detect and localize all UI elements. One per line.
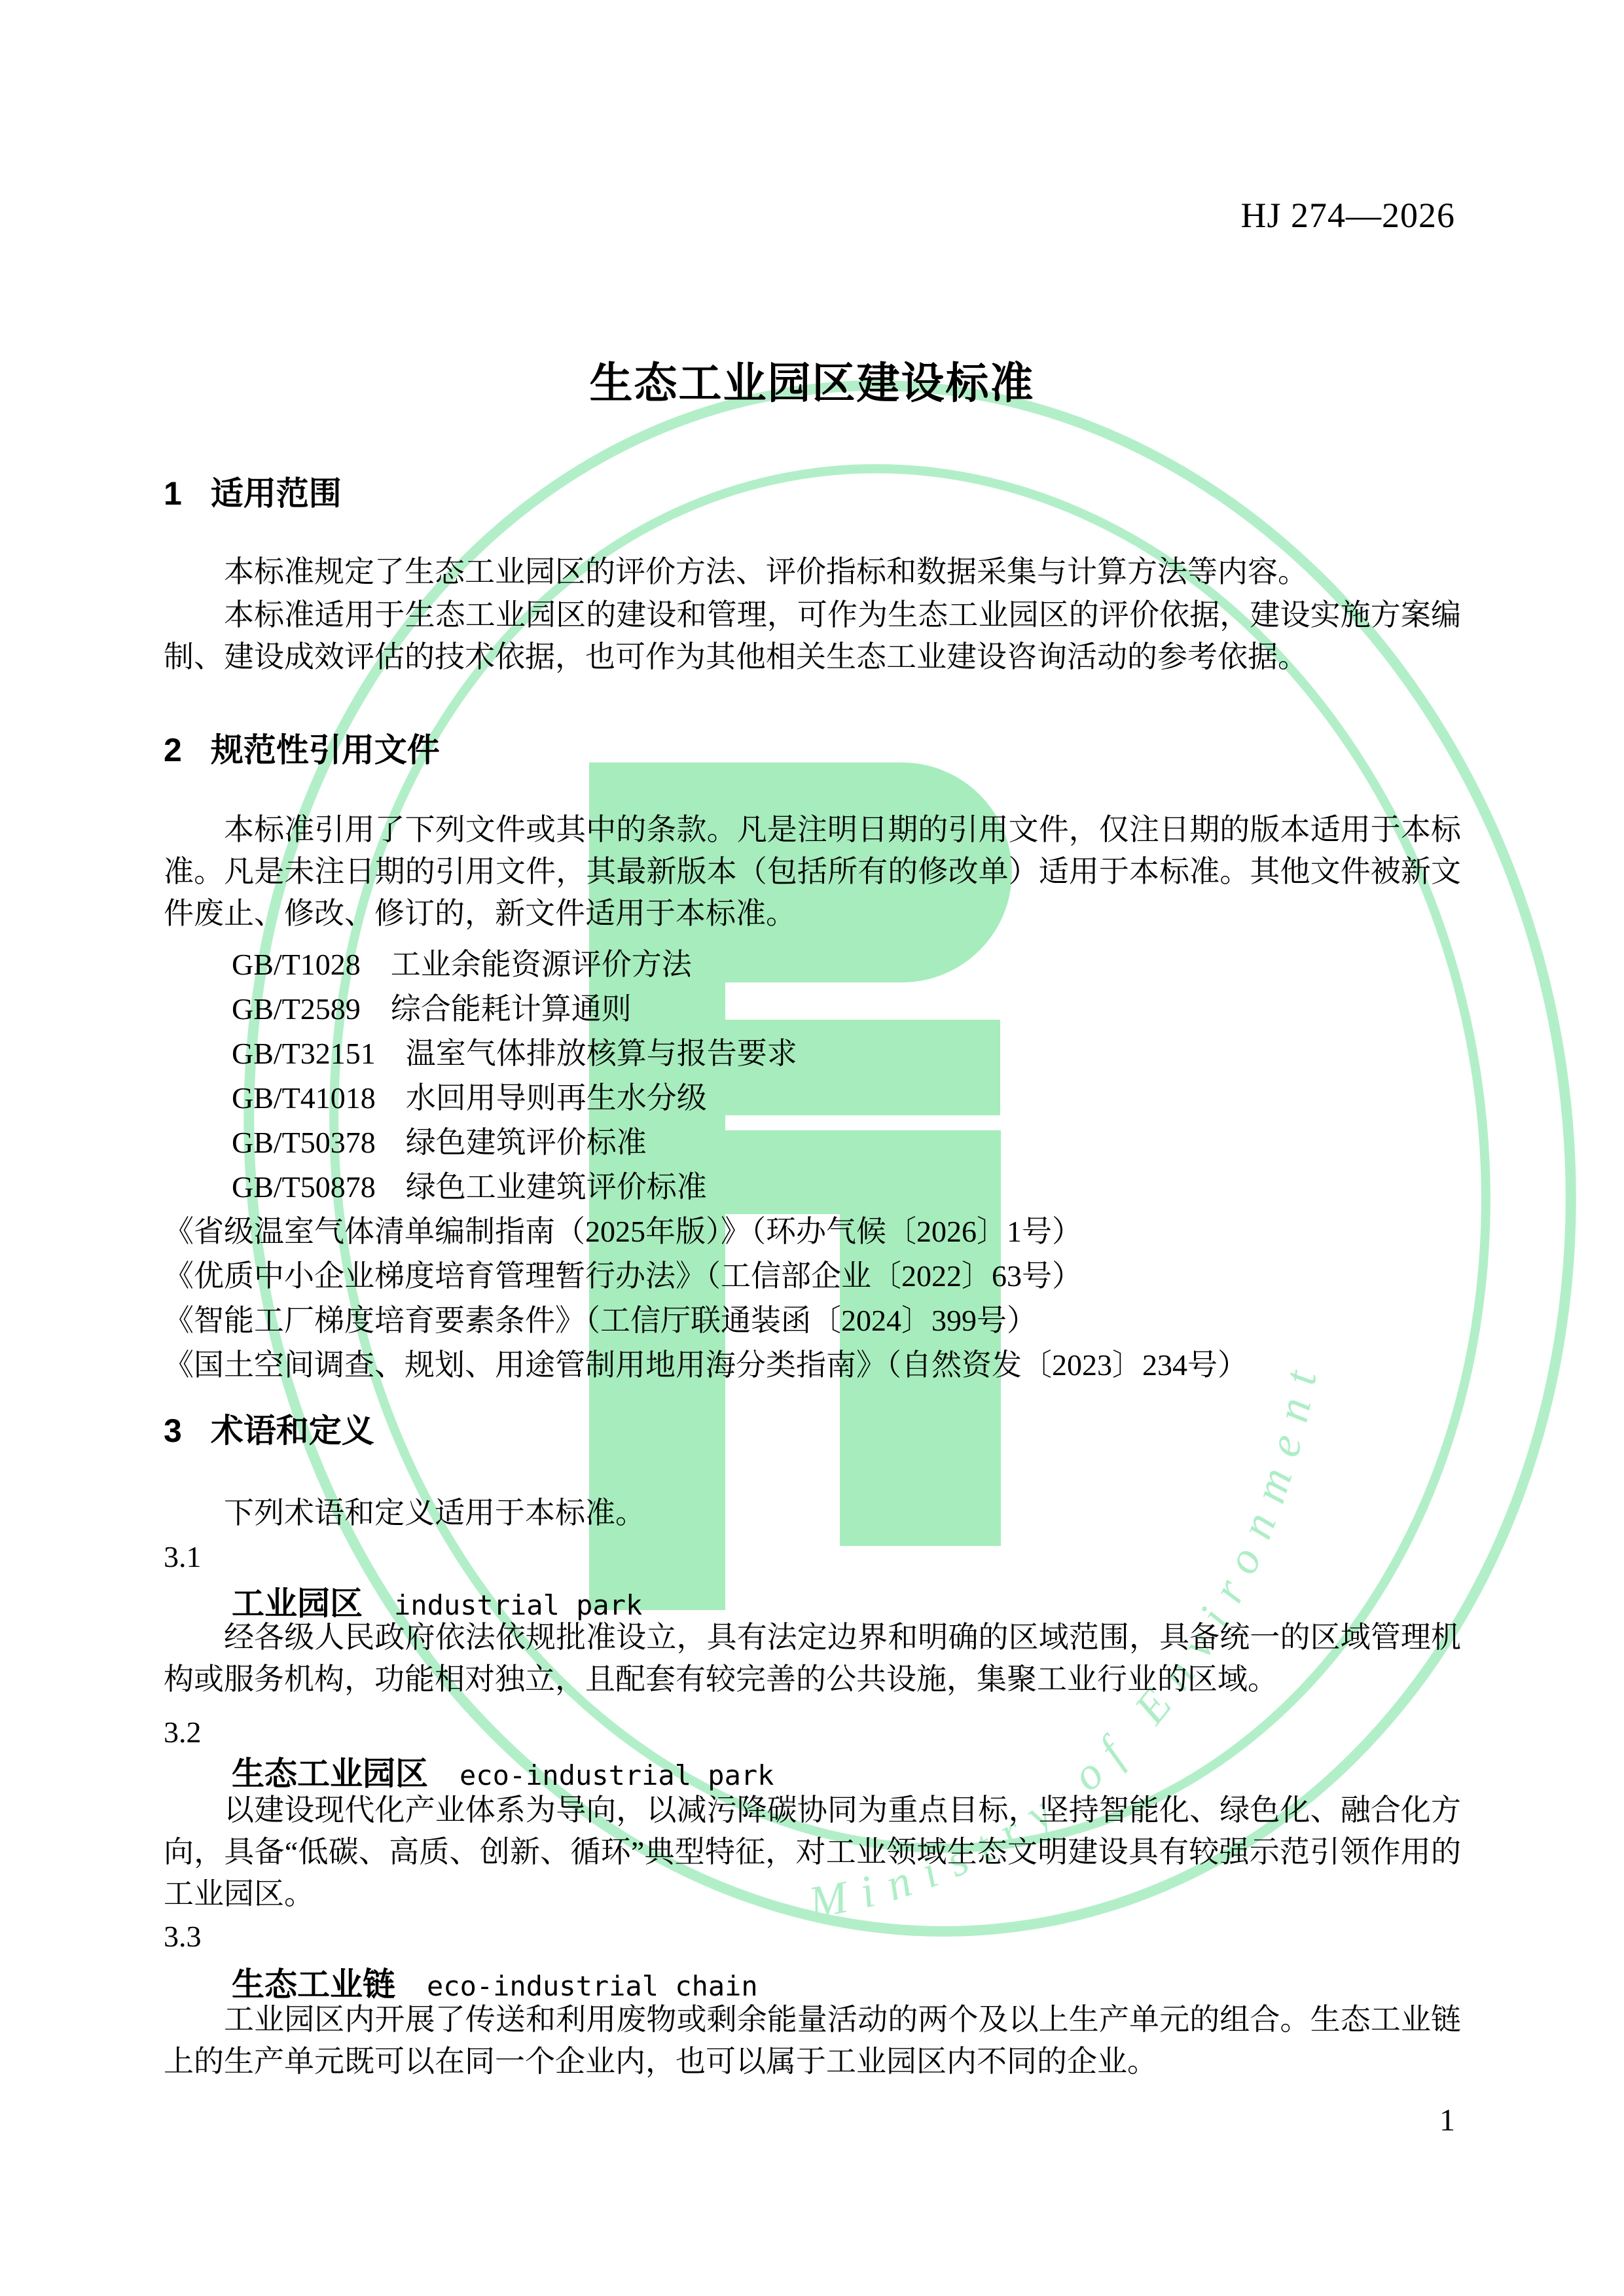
- doc-number: HJ 274—2026: [1240, 195, 1455, 236]
- document-page: Ministry of Environment HJ 274—2026 生态工业…: [0, 0, 1624, 2296]
- page-title: 生态工业园区建设标准: [0, 348, 1624, 410]
- reference-item: 《优质中小企业梯度培育管理暂行办法》（工信部企业〔2022〕63号）: [164, 1254, 1466, 1299]
- section2-title: 规范性引用文件: [211, 732, 440, 768]
- section3-intro: 下列术语和定义适用于本标准。: [164, 1492, 1461, 1534]
- section2-number: 2: [164, 731, 182, 769]
- section3-title: 术语和定义: [211, 1412, 374, 1449]
- reference-item: 《省级温室气体清单编制指南（2025年版）》（环办气候〔2026〕1号）: [164, 1210, 1466, 1254]
- term-title: 生态工业园区eco-industrial park: [232, 1748, 774, 1795]
- section2-intro: 本标准引用了下列文件或其中的条款。凡是注明日期的引用文件，仅注日期的版本适用于本…: [164, 809, 1461, 935]
- term-definition: 以建设现代化产业体系为导向，以减污降碳协同为重点目标，坚持智能化、绿色化、融合化…: [164, 1789, 1461, 1915]
- section3-number: 3: [164, 1412, 182, 1450]
- reference-item: 《国土空间调查、规划、用途管制用地用海分类指南》（自然资发〔2023〕234号）: [164, 1343, 1466, 1388]
- section1-title: 适用范围: [211, 475, 342, 512]
- term-number: 3.1: [164, 1539, 202, 1574]
- reference-item: 《智能工厂梯度培育要素条件》（工信厅联通装函〔2024〕399号）: [164, 1299, 1466, 1343]
- term-definition: 工业园区内开展了传送和利用废物或剩余能量活动的两个及以上生产单元的组合。生态工业…: [164, 1999, 1461, 2083]
- term-zh: 生态工业园区: [232, 1755, 428, 1792]
- term-number: 3.2: [164, 1715, 202, 1749]
- reference-item: GB/T50378 绿色建筑评价标准: [164, 1121, 1466, 1165]
- section1-paragraph-1: 本标准规定了生态工业园区的评价方法、评价指标和数据采集与计算方法等内容。: [164, 551, 1461, 593]
- reference-item: GB/T2589 综合能耗计算通则: [164, 987, 1466, 1031]
- page-number: 1: [1439, 2102, 1455, 2138]
- section1-heading: 1适用范围: [164, 467, 342, 514]
- reference-list: GB/T1028 工业余能资源评价方法 GB/T2589 综合能耗计算通则 GB…: [164, 942, 1466, 1388]
- section3-heading: 3术语和定义: [164, 1405, 374, 1452]
- reference-item: GB/T1028 工业余能资源评价方法: [164, 942, 1466, 987]
- term-number: 3.3: [164, 1919, 202, 1954]
- term-zh: 生态工业链: [232, 1966, 395, 2003]
- reference-item: GB/T32151 温室气体排放核算与报告要求: [164, 1031, 1466, 1076]
- reference-item: GB/T41018 水回用导则再生水分级: [164, 1076, 1466, 1121]
- reference-item: GB/T50878 绿色工业建筑评价标准: [164, 1165, 1466, 1210]
- section1-number: 1: [164, 475, 182, 512]
- term-en: eco-industrial chain: [427, 1970, 758, 2002]
- term-definition: 经各级人民政府依法依规批准设立，具有法定边界和明确的区域范围，具备统一的区域管理…: [164, 1617, 1461, 1700]
- term-en: eco-industrial park: [460, 1759, 774, 1791]
- section2-heading: 2规范性引用文件: [164, 724, 440, 771]
- document-content: HJ 274—2026 生态工业园区建设标准 1适用范围 本标准规定了生态工业园…: [0, 0, 1624, 2296]
- section1-paragraph-2: 本标准适用于生态工业园区的建设和管理，可作为生态工业园区的评价依据，建设实施方案…: [164, 594, 1461, 678]
